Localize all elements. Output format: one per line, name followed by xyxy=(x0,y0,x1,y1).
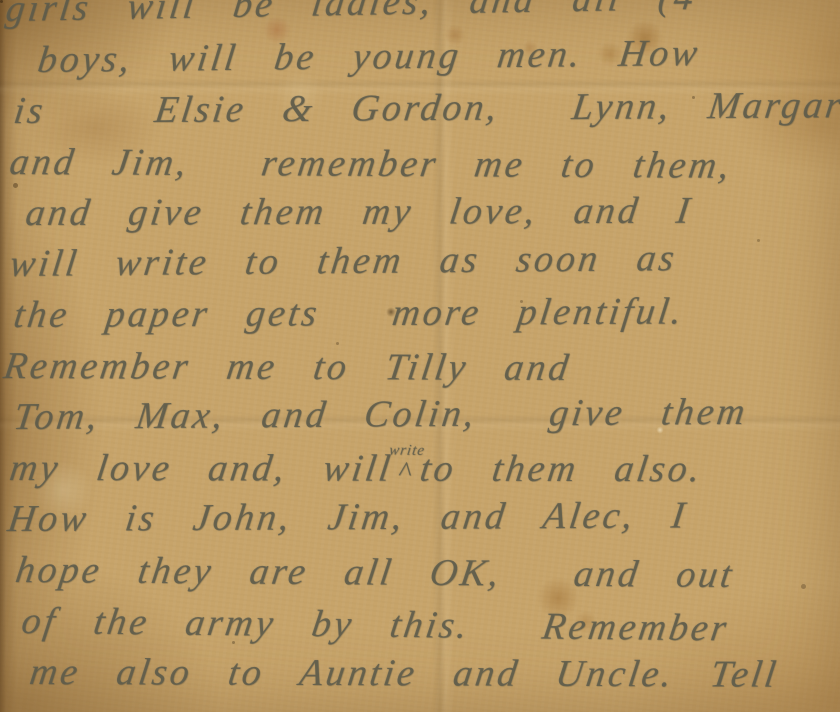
handwriting-block: girls will be ladies, and all (4 boys, w… xyxy=(0,0,840,698)
handwriting-segment: my love and, will xyxy=(7,447,396,490)
handwriting-line: the paper gets more plentiful. xyxy=(11,286,840,341)
handwriting-line-with-insert: my love and, willwrite^to them also. xyxy=(6,443,840,495)
handwriting-line: Tom, Max, and Colin, give them xyxy=(11,386,840,443)
handwriting-line: boys, will be young men. How xyxy=(35,26,840,86)
handwriting-line: hope they are all OK, and out xyxy=(12,545,840,602)
handwriting-line: me also to Auntie and Uncle. Tell xyxy=(26,647,840,701)
handwriting-line: will write to them as soon as xyxy=(7,232,840,290)
handwriting-line: and give them my love, and I xyxy=(23,185,840,239)
letter-paper: girls will be ladies, and all (4 boys, w… xyxy=(0,0,840,712)
handwriting-line: How is John, Jim, and Alec, I xyxy=(5,490,840,545)
inserted-word: write xyxy=(388,444,426,459)
handwriting-segment: to them also. xyxy=(417,448,705,490)
caret-mark: ^ xyxy=(396,457,412,488)
handwriting-line: is Elsie & Gordon, Lynn, Margaret xyxy=(11,80,840,137)
caret-insertion: write^ xyxy=(394,444,413,498)
handwriting-line: and Jim, remember me to them, xyxy=(6,137,840,192)
